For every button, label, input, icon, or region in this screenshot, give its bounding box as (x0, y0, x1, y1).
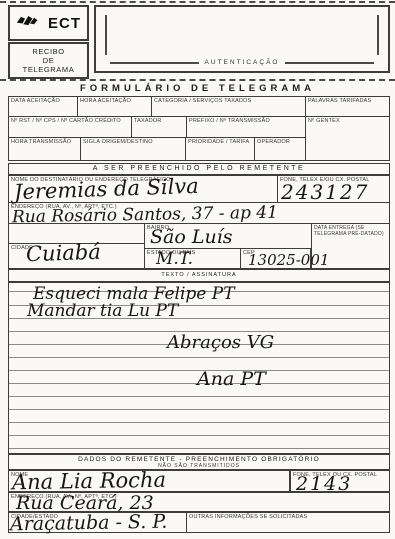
field-label: HORA TRANSMISSÃO (9, 138, 80, 147)
message-line: Abraços VG (167, 334, 274, 352)
field-label: CATEGORIA / SERVIÇOS TAXADOS (152, 97, 305, 106)
ect-logo-box: ECT (8, 5, 89, 41)
field-label: OUTRAS INFORMAÇÕES SE SOLICITADAS (187, 513, 389, 522)
field-rst-cps-cartao: Nº RST / Nº CPS / Nº CARTÃO CRÉDITO (8, 116, 132, 138)
field-label: HORA ACEITAÇÃO (78, 97, 151, 106)
field-sigla-origem-destino: SIGLA ORIGEM/DESTINO (80, 137, 186, 161)
top-dashed-line (0, 1, 395, 3)
recipient-phone-handwriting: 243127 (281, 182, 369, 202)
message-band-label: TEXTO / ASSINATURA (9, 270, 389, 281)
form-title: FORMULÁRIO DE TELEGRAMA (0, 83, 395, 94)
recipient-district-handwriting: São Luís (150, 228, 233, 247)
field-label: PALAVRAS TARIFADAS (306, 97, 389, 106)
sender-address-handwriting: Rua Ceará, 23 (16, 494, 154, 513)
recipient-cep-handwriting: 13025-001 (248, 253, 329, 268)
authentication-rule (285, 62, 374, 64)
sender-section-band: DADOS DO REMETENTE - PREENCHIMENTO OBRIG… (8, 454, 390, 470)
field-gentex: Nº GENTEX (305, 116, 390, 161)
receipt-line: TELEGRAMA (23, 65, 75, 74)
field-label: SIGLA ORIGEM/DESTINO (81, 138, 185, 147)
field-label: TAXADOR (132, 117, 186, 126)
authentication-rule (110, 62, 199, 64)
remetente-section-band: A SER PREENCHIDO PELO REMETENTE (8, 163, 390, 175)
field-label: PREFIXO / Nº TRANSMISSÃO (187, 117, 305, 126)
message-line: Ana PT (197, 370, 266, 389)
field-taxador: TAXADOR (131, 116, 187, 138)
field-label: DATA ACEITAÇÃO (9, 97, 77, 106)
field-palavras-tarifadas: PALAVRAS TARIFADAS (305, 96, 390, 117)
authentication-left-mark (105, 15, 107, 55)
sender-city-state-handwriting: Araçatuba - S. P. (10, 513, 168, 535)
recipient-state-handwriting: M.T. (156, 251, 193, 268)
field-label: Nº GENTEX (306, 117, 389, 126)
sender-other-info-field: OUTRAS INFORMAÇÕES SE SOLICITADAS (186, 512, 390, 533)
receipt-line: DE (43, 56, 55, 65)
sender-phone-handwriting: 2143 (296, 475, 352, 494)
recipient-city-handwriting: Cuiabá (26, 242, 101, 266)
sender-band-subtitle: NÃO SÃO TRANSMITIDOS (9, 464, 389, 469)
field-data-aceitacao: DATA ACEITAÇÃO (8, 96, 78, 117)
field-operador: OPERADOR (254, 137, 306, 161)
recipient-address-handwriting: Rua Rosário Santos, 37 - ap 41 (12, 205, 278, 227)
field-label: Nº RST / Nº CPS / Nº CARTÃO CRÉDITO (9, 117, 131, 126)
header-dashed-line (0, 79, 395, 81)
field-prefixo-transmissao: PREFIXO / Nº TRANSMISSÃO (186, 116, 306, 138)
field-prioridade-tarifa: PRIORIDADE / TARIFA (185, 137, 255, 161)
ect-logo-text: ECT (48, 15, 81, 32)
telegram-form-scan: ECT RECIBO DE TELEGRAMA AUTENTICAÇÃO FOR… (0, 0, 395, 539)
message-line: Mandar tia Lu PT (27, 303, 178, 320)
message-text-area: Esqueci mala Felipe PT Mandar tia Lu PT … (8, 282, 390, 454)
message-band: TEXTO / ASSINATURA (8, 269, 390, 282)
ect-logo-icon (16, 13, 44, 34)
receipt-label-box: RECIBO DE TELEGRAMA (8, 42, 89, 79)
field-label: OPERADOR (255, 138, 305, 147)
sender-name-handwriting: Ana Lia Rocha (12, 470, 166, 494)
authentication-box: AUTENTICAÇÃO (94, 5, 390, 73)
field-categoria-servicos: CATEGORIA / SERVIÇOS TAXADOS (151, 96, 306, 117)
authentication-label: AUTENTICAÇÃO (205, 59, 280, 66)
field-label: PRIORIDADE / TARIFA (186, 138, 254, 147)
remetente-band-title: A SER PREENCHIDO PELO REMETENTE (9, 164, 389, 174)
field-hora-aceitacao: HORA ACEITAÇÃO (77, 96, 152, 117)
authentication-right-mark (377, 15, 379, 55)
receipt-line: RECIBO (32, 47, 64, 56)
field-hora-transmissao: HORA TRANSMISSÃO (8, 137, 81, 161)
field-label: DATA ENTREGA (SE TELEGRAMA PRÉ-DATADO) (312, 224, 389, 238)
